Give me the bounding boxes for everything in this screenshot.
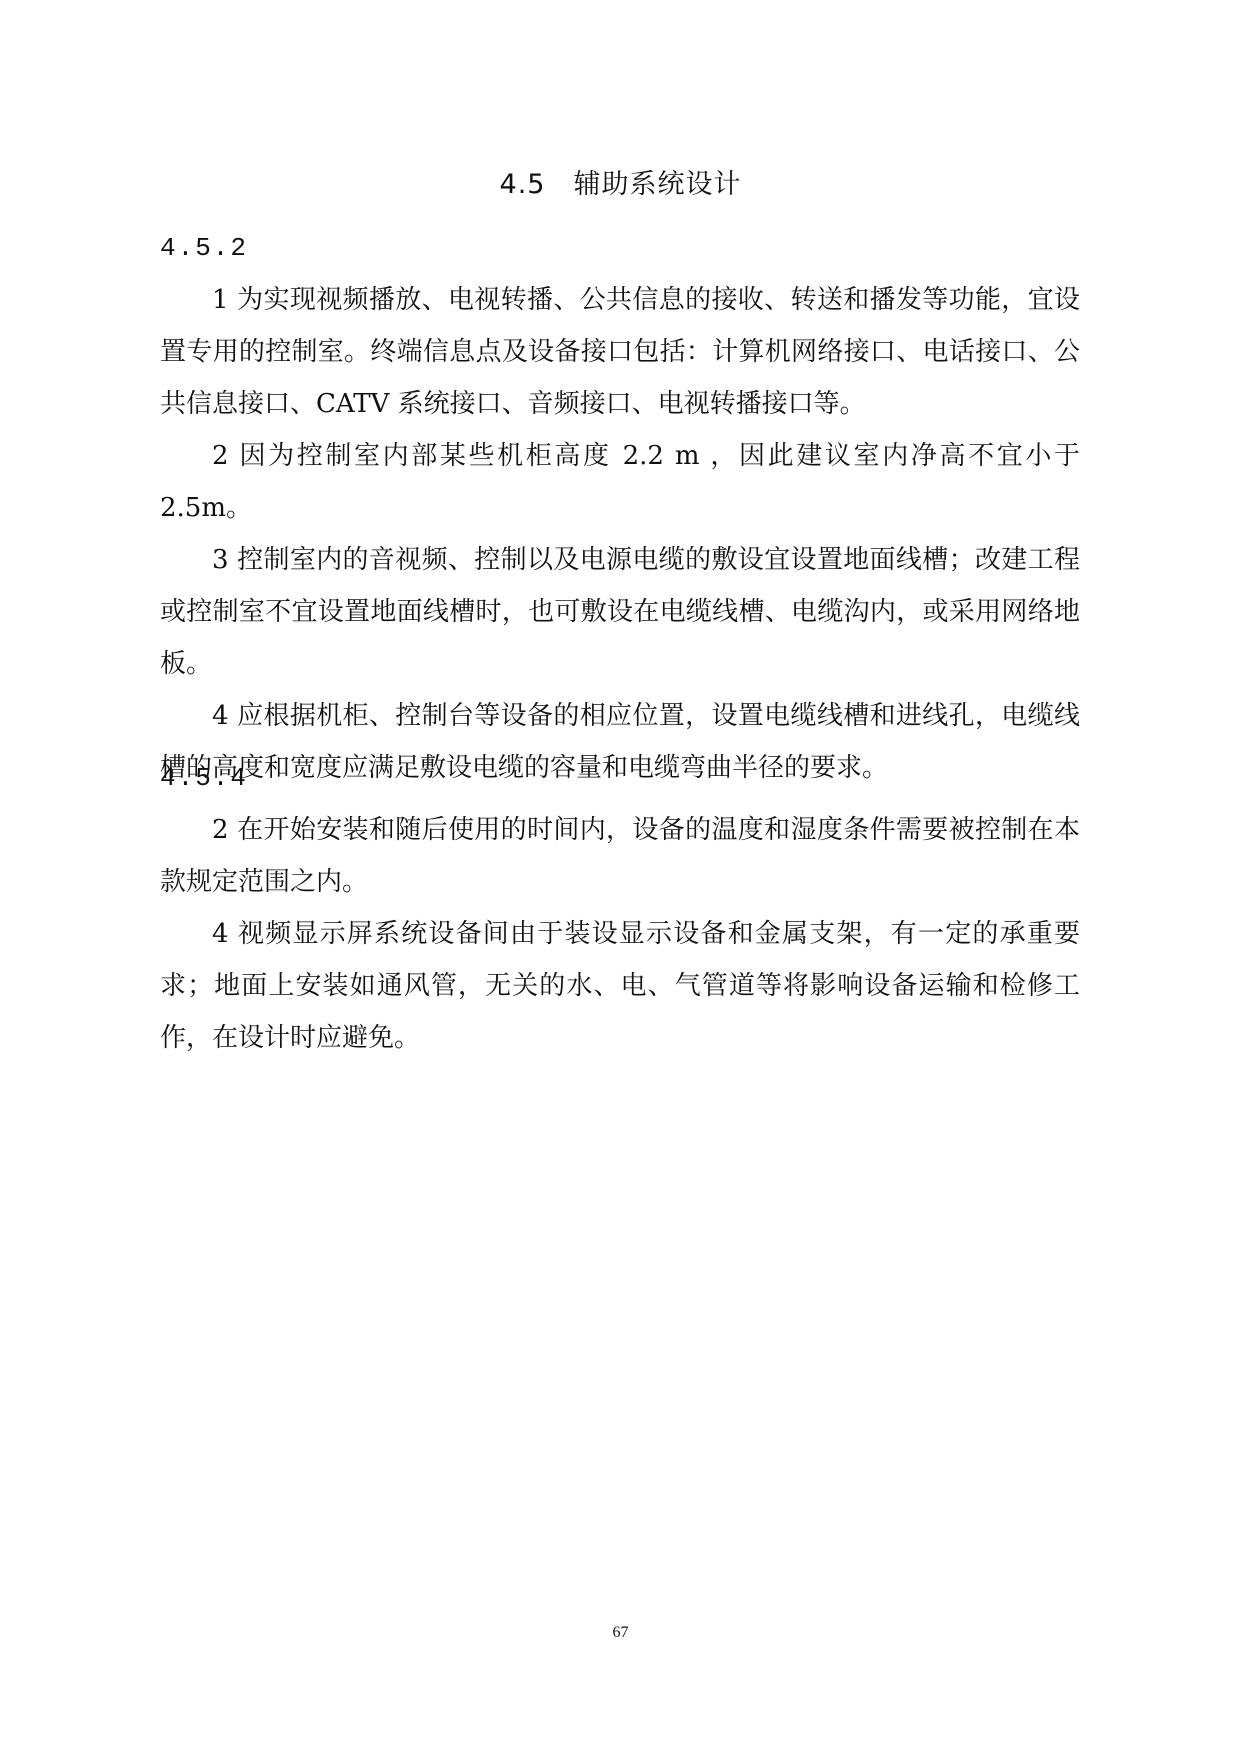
clause-paragraph: 4 视频显示屏系统设备间由于装设显示设备和金属支架，有一定的承重要求；地面上安装… [160, 908, 1080, 1064]
clause-paragraph: 2 因为控制室内部某些机柜高度 2.2 m ，因此建议室内净高不宜小于 2.5m… [160, 430, 1080, 534]
clause-paragraph: 2 在开始安装和随后使用的时间内，设备的温度和湿度条件需要被控制在本款规定范围之… [160, 804, 1080, 908]
clause-paragraph: 1 为实现视频播放、电视转播、公共信息的接收、转送和播发等功能，宜设置专用的控制… [160, 274, 1080, 430]
clause-number: 4.5.4 [160, 752, 1080, 804]
section-4-5-4: 4.5.4 2 在开始安装和随后使用的时间内，设备的温度和湿度条件需要被控制在本… [160, 752, 1080, 1064]
section-title: 4.5 辅助系统设计 [0, 162, 1241, 201]
document-page: 4.5 辅助系统设计 4.5.2 1 为实现视频播放、电视转播、公共信息的接收、… [0, 0, 1241, 1754]
clause-number: 4.5.2 [160, 222, 1080, 274]
section-4-5-2: 4.5.2 1 为实现视频播放、电视转播、公共信息的接收、转送和播发等功能，宜设… [160, 222, 1080, 794]
page-number: 67 [0, 1624, 1241, 1642]
clause-paragraph: 3 控制室内的音视频、控制以及电源电缆的敷设宜设置地面线槽；改建工程或控制室不宜… [160, 534, 1080, 690]
